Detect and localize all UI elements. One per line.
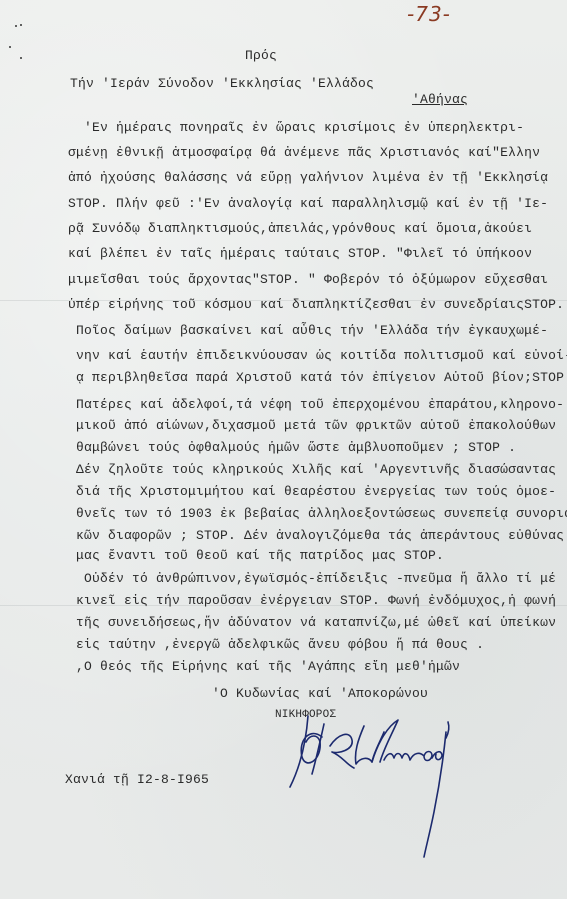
body-line: STOP. Πλήν φεῦ :'Εν ἀναλογίᾳ καί παραλλη…	[68, 196, 548, 211]
body-line: νην καί ἑαυτήν ἐπιδεικνύουσαν ὡς κοιτίδα…	[68, 348, 567, 363]
body-line: Ποῖος δαίμων βασκαίνει καί αὖθις τήν 'Ελ…	[68, 323, 548, 338]
body-line: εἰς ταύτην ,ἐνεργῶ ἀδελφικῶς ἄνευ φόβου …	[68, 637, 484, 652]
body-line: Οὐδέν τό ἀνθρώπινον,ἐγωϊσμός-ἐπίδειξις -…	[68, 571, 556, 586]
ink-speck	[20, 24, 22, 26]
body-line: Δέν ζηλοῦτε τούς κληρικούς Χιλῆς καί 'Αρ…	[68, 462, 556, 477]
body-line: σμένῃ ἐθνικῇ ἀτμοσφαίρᾳ θά ἀνέμενε πᾶς Χ…	[68, 145, 540, 160]
body-line: καί βλέπει ἐν ταῖς ἡμέραις ταύταις STOP.…	[68, 246, 532, 261]
city: 'Αθήνας	[412, 92, 468, 107]
signature-title: 'Ο Κυδωνίας καί 'Αποκορώνου	[212, 686, 428, 701]
body-line: Πατέρες καί ἀδελφοί,τά νέφη τοῦ ἐπερχομέ…	[68, 397, 564, 412]
body-line: ὑπέρ εἰρήνης τοῦ κόσμου καί διαπληκτίζεσ…	[68, 297, 564, 312]
ink-speck	[15, 25, 17, 27]
body-line: 'Εν ἡμέραις πονηραῖς ἐν ὥραις κρισίμοις …	[68, 120, 524, 135]
body-line: διά τῆς Χριστομιμήτου καί θεαρέστου ἐνερ…	[68, 484, 556, 499]
body-line: ρᾷ Συνόδῳ διαπληκτισμούς,ἀπειλάς,γρόνθου…	[68, 221, 532, 236]
handwritten-signature-icon	[280, 712, 520, 862]
body-line: θαμβώνει τούς ὀφθαλμούς ἡμῶν ὥστε ἀμβλυο…	[68, 440, 516, 455]
body-line: θνεῖς των τό 1903 ἐκ βεβαίας ἀλληλοεξοντ…	[68, 506, 567, 521]
body-line: μιμεῖσθαι τούς ἄρχοντας"STOP. " Φοβερόν …	[68, 272, 548, 287]
ink-speck	[9, 46, 11, 48]
body-line: μας ἔναντι τοῦ θεοῦ καί τῆς πατρίδος μας…	[68, 548, 444, 563]
addressee: Τήν 'Ιεράν Σύνοδον 'Εκκλησίας 'Ελλάδος	[70, 76, 374, 91]
salutation: Πρός	[245, 48, 277, 63]
body-line: ,Ο θεός τῆς Εἰρήνης καί τῆς 'Αγάπης εἴη …	[68, 659, 460, 674]
body-line: τῆς συνειδήσεως,ἥν ἀδύνατον νά καταπνίζω…	[68, 615, 556, 630]
body-line: ἀπό ἠχούσης θαλάσσης νά εὕρῃ γαλήνιον λι…	[68, 170, 548, 185]
body-line: κῶν διαφορῶν ; STOP. Δέν ἀναλογιζόμεθα τ…	[68, 528, 564, 543]
page-number: -73-	[407, 2, 451, 26]
ink-speck	[20, 57, 22, 59]
body-line: μικοῦ ἀπό αἰώνων,διχασμοῦ μετά τῶν φρικτ…	[68, 418, 556, 433]
body-line: ᾳ περιβληθεῖσα παρά Χριστοῦ κατά τόν ἐπί…	[68, 370, 567, 385]
body-line: κινεῖ εἰς τήν παροῦσαν ἐνέργειαν STOP. Φ…	[68, 593, 556, 608]
place-date: Χανιά τῇ I2-8-I965	[65, 772, 209, 787]
